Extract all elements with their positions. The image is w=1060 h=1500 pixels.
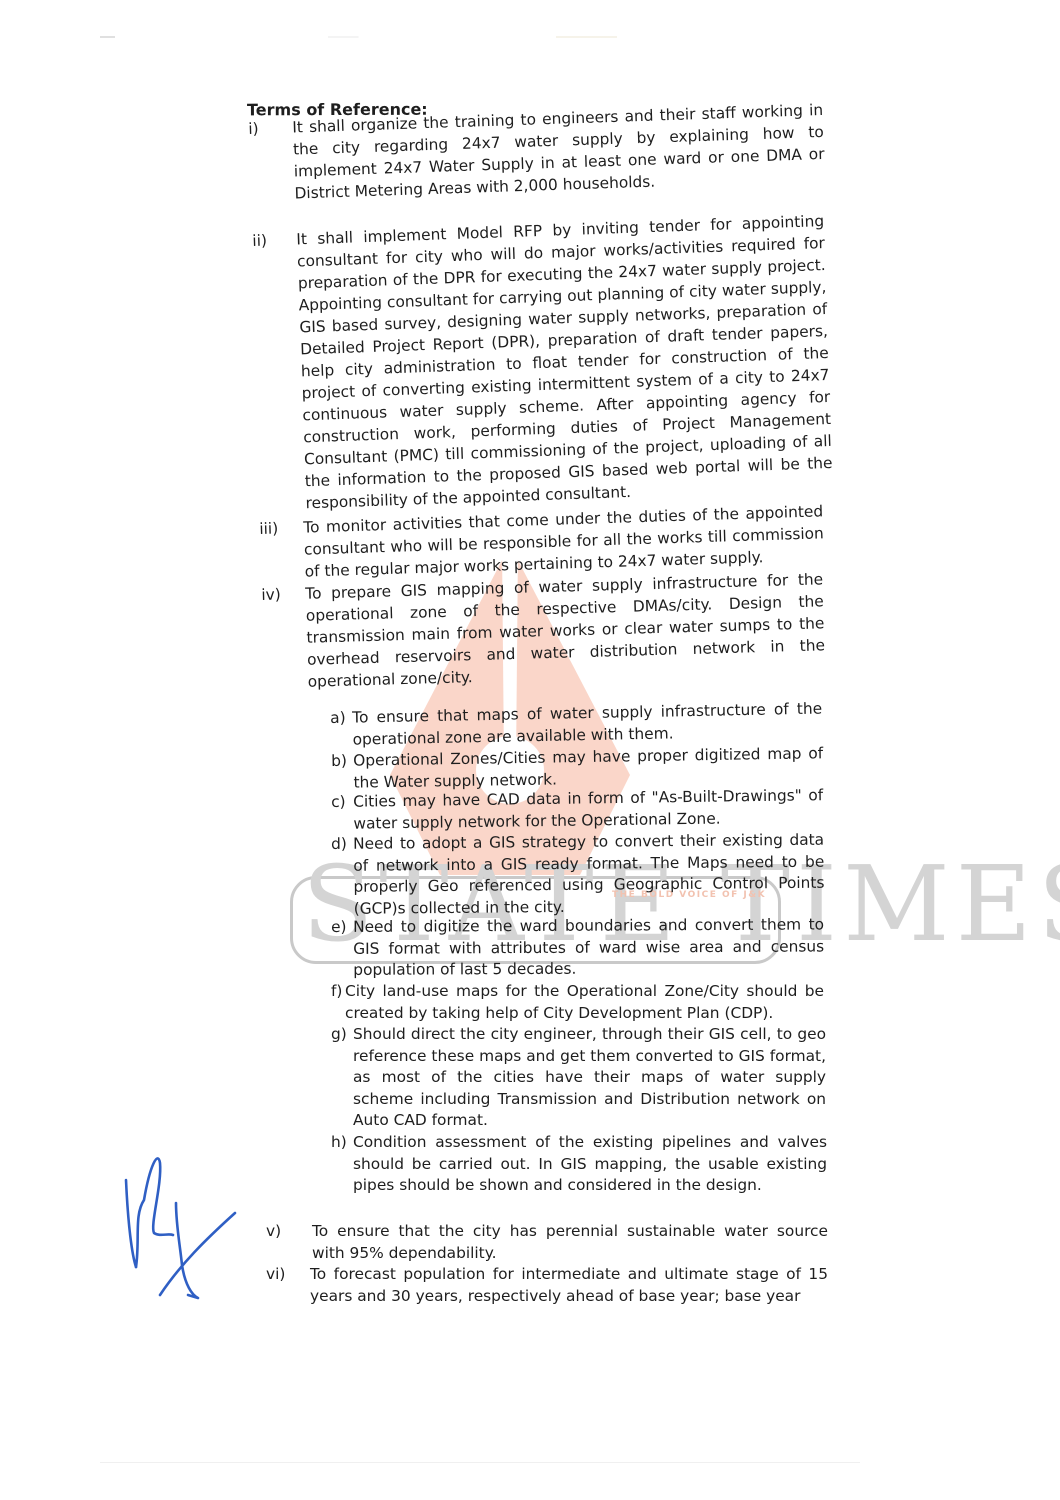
sub-item-letter: d) [331, 834, 347, 856]
item-text: To forecast population for intermediate … [266, 1263, 828, 1307]
sub-list-item: a) To ensure that maps of water supply i… [330, 699, 823, 752]
list-item: ii) It shall implement Model RFP by invi… [252, 210, 834, 516]
sub-list-item: c) Cities may have CAD data in form of "… [331, 785, 824, 835]
sub-item-letter: c) [331, 792, 346, 814]
scan-edge-bottom [100, 1462, 860, 1463]
handwritten-signature-icon [110, 1145, 240, 1315]
item-number: ii) [252, 229, 267, 251]
item-text: It shall implement Model RFP by inviting… [252, 210, 834, 516]
list-item: v) To ensure that the city has perennial… [266, 1220, 828, 1264]
item-text: To ensure that the city has perennial su… [266, 1220, 828, 1264]
sub-item-letter: h) [331, 1132, 347, 1154]
sub-list-item: g) Should direct the city engineer, thro… [331, 1024, 826, 1132]
sub-item-text: Condition assessment of the existing pip… [331, 1132, 827, 1197]
sub-item-text: City land-use maps for the Operational Z… [331, 981, 824, 1024]
sub-item-text: Need to digitize the ward boundaries and… [331, 914, 824, 981]
list-item: iv) To prepare GIS mapping of water supp… [261, 568, 826, 694]
sub-item-text: To ensure that maps of water supply infr… [330, 699, 823, 752]
sub-item-letter: g) [331, 1024, 347, 1046]
item-number: iii) [259, 517, 279, 540]
sub-list-item: e) Need to digitize the ward boundaries … [331, 914, 824, 981]
sub-item-letter: f) [331, 981, 342, 1003]
scan-edge-top [100, 36, 860, 38]
item-text: It shall organize the training to engine… [248, 99, 826, 206]
sub-item-letter: e) [331, 917, 347, 939]
item-number: v) [266, 1220, 281, 1242]
sub-item-letter: a) [330, 708, 346, 730]
sub-item-text: Should direct the city engineer, through… [331, 1024, 826, 1132]
sub-list-item: d) Need to adopt a GIS strategy to conve… [331, 830, 825, 921]
sub-list-item: h) Condition assessment of the existing … [331, 1132, 827, 1197]
scanned-page: STATE TIMES THE BOLD VOICE OF J&K Terms … [0, 0, 1060, 1500]
item-number: i) [248, 118, 259, 140]
item-text: To prepare GIS mapping of water supply i… [261, 568, 826, 694]
item-number: iv) [261, 583, 281, 606]
sub-item-text: Need to adopt a GIS strategy to convert … [331, 830, 825, 921]
item-number: vi) [266, 1263, 285, 1285]
list-item: i) It shall organize the training to eng… [248, 99, 826, 206]
sub-list-item: f) City land-use maps for the Operationa… [331, 981, 824, 1024]
sub-item-letter: b) [331, 751, 347, 773]
list-item: vi) To forecast population for intermedi… [266, 1263, 828, 1307]
sub-item-text: Cities may have CAD data in form of "As-… [331, 785, 824, 835]
